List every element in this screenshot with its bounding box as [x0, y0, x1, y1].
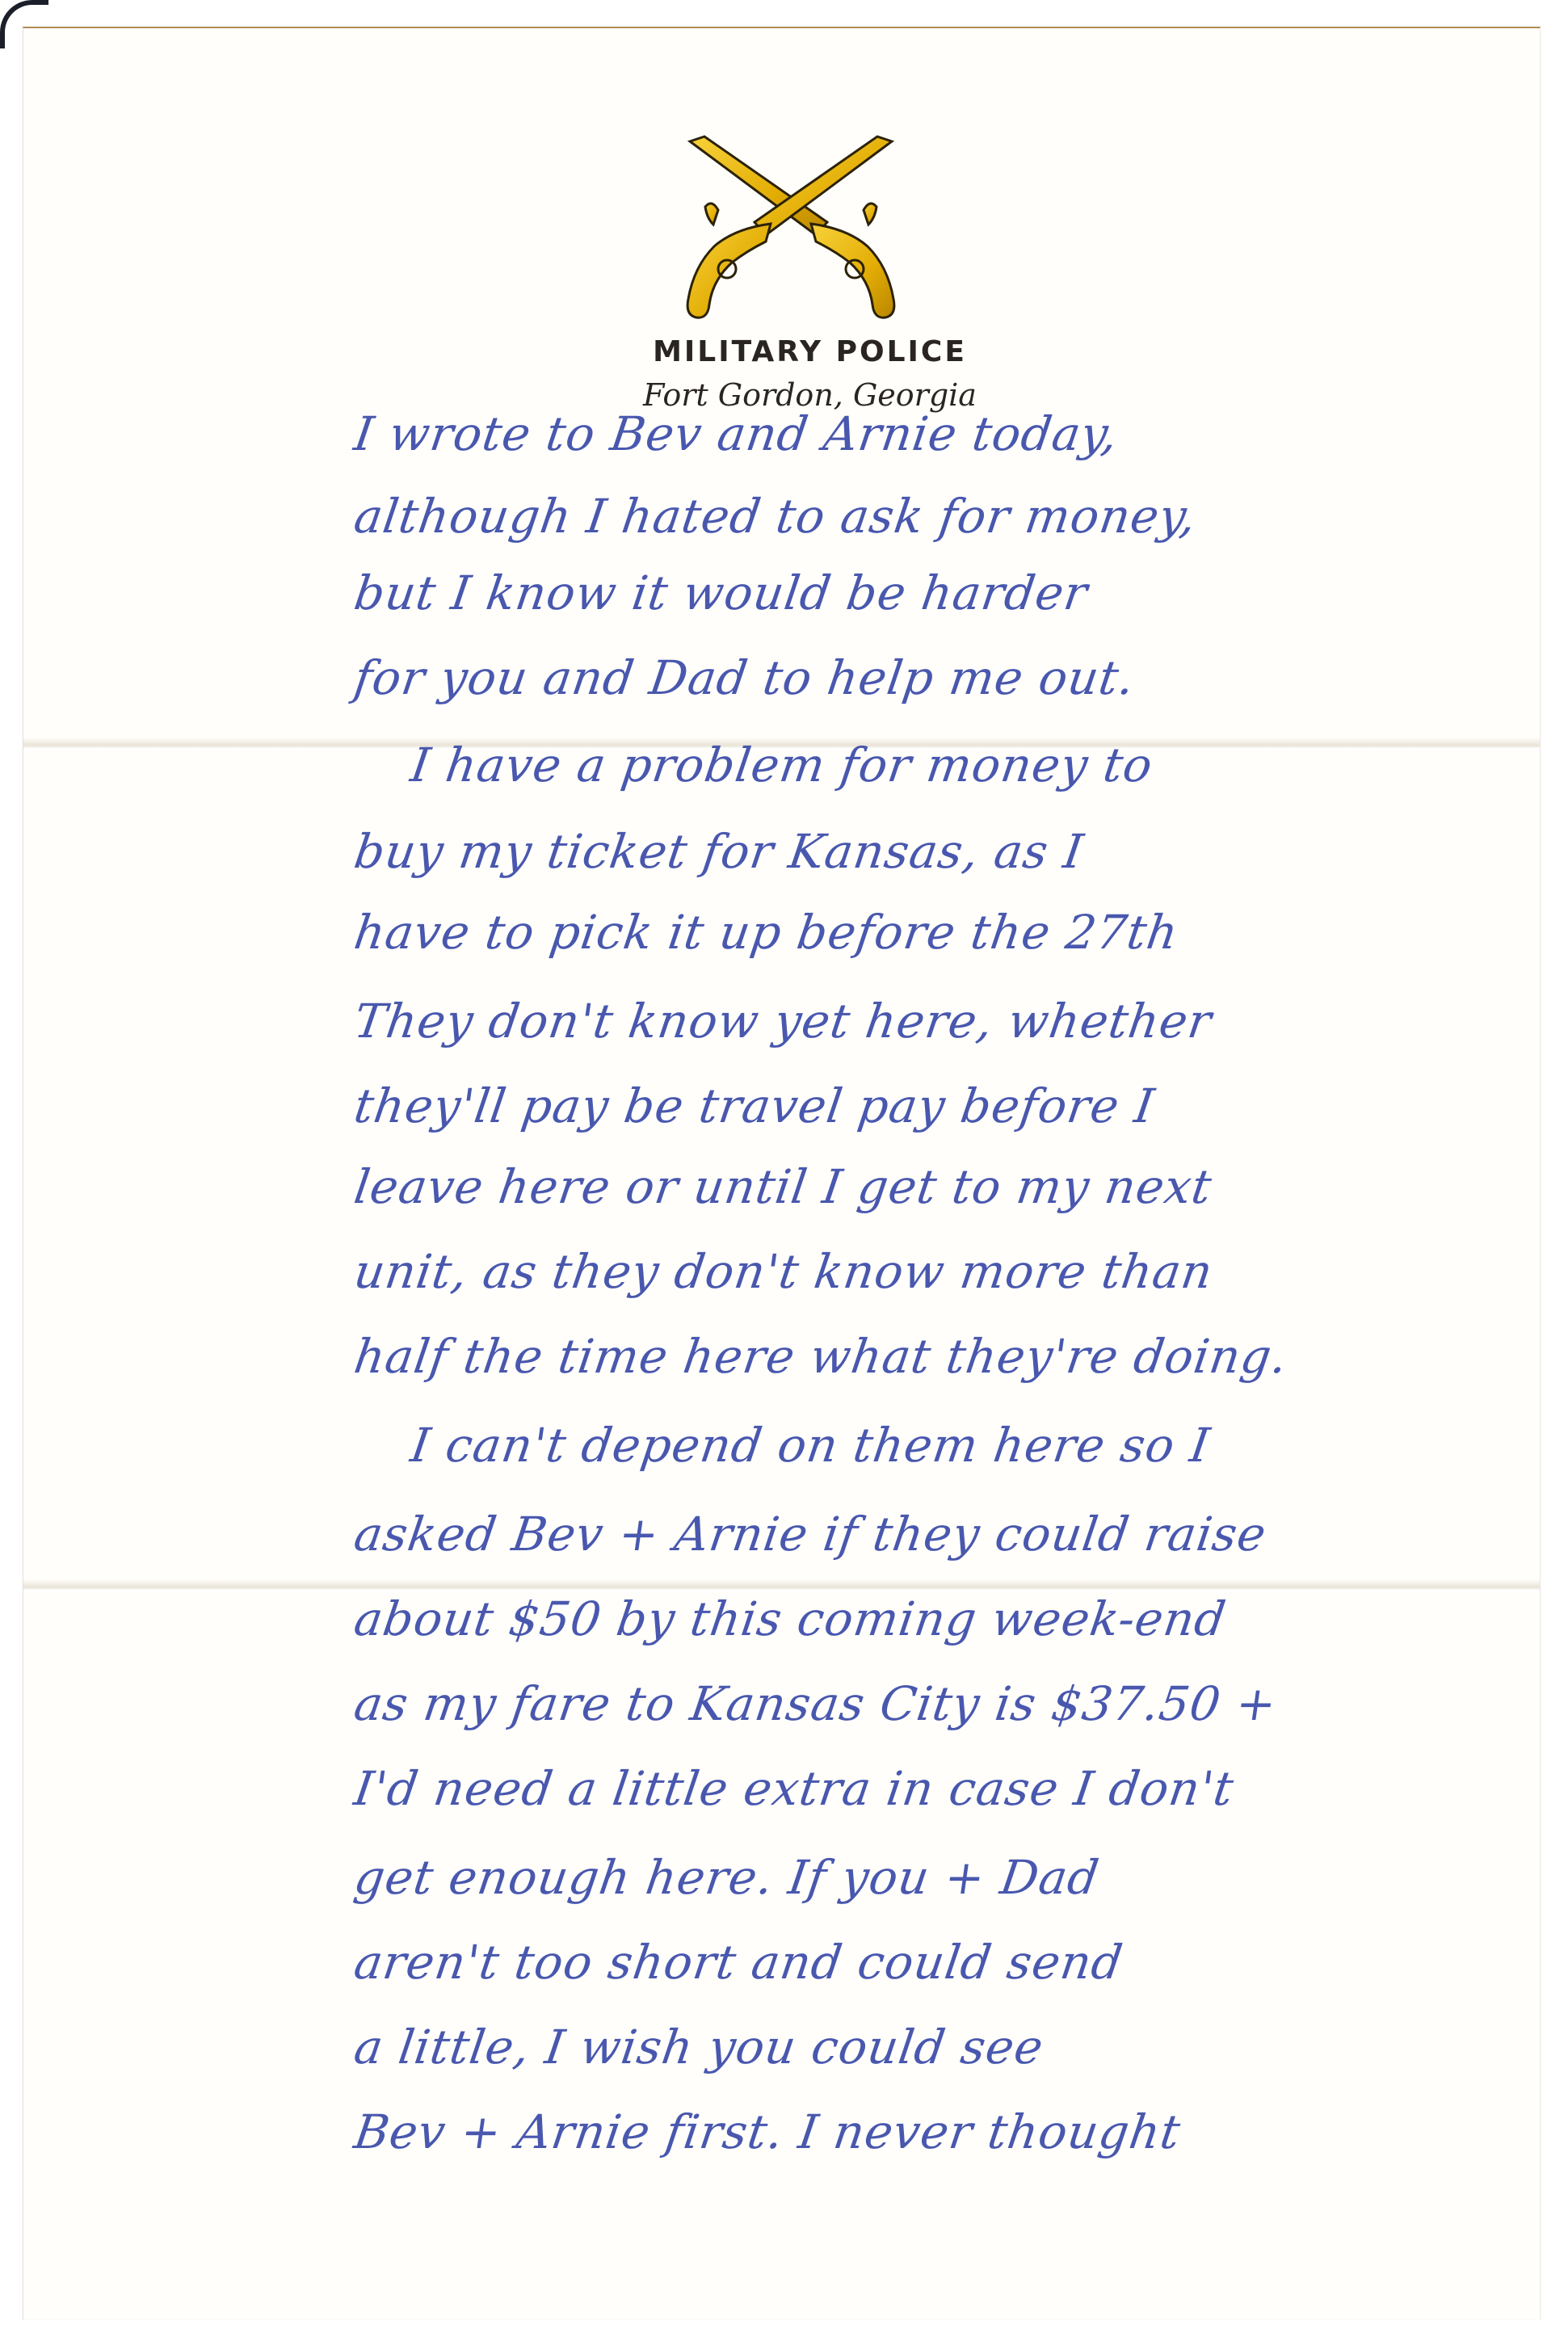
handwritten-line: They don't know yet here, whether [351, 994, 1215, 1049]
crossed-flintlock-pistols-icon [658, 133, 924, 327]
letterhead-title: MILITARY POLICE [23, 335, 1540, 368]
handwritten-line: buy my ticket for Kansas, as I [351, 824, 1087, 879]
handwritten-line: although I hated to ask for money, [351, 489, 1200, 544]
handwritten-line: unit, as they don't know more than [351, 1244, 1217, 1299]
handwritten-line: for you and Dad to help me out. [351, 650, 1138, 705]
handwritten-line: have to pick it up before the 27th [351, 905, 1182, 960]
handwritten-line: Bev + Arnie first. I never thought [351, 2104, 1184, 2159]
handwritten-line: get enough here. If you + Dad [351, 1850, 1103, 1905]
handwritten-line: I wrote to Bev and Arnie today, [351, 406, 1121, 461]
handwritten-line: half the time here what they're doing. [351, 1329, 1291, 1384]
handwritten-line: aren't too short and could send [351, 1935, 1126, 1990]
handwritten-line: they'll pay be travel pay before I [351, 1078, 1158, 1133]
handwritten-line: leave here or until I get to my next [351, 1159, 1215, 1214]
handwritten-line: asked Bev + Arnie if they could raise [351, 1507, 1270, 1562]
handwritten-line: about $50 by this coming week-end [351, 1591, 1230, 1646]
handwritten-line: a little, I wish you could see [351, 2020, 1047, 2075]
handwritten-line: as my fare to Kansas City is $37.50 + [351, 1676, 1280, 1731]
handwritten-line: I'd need a little extra in case I don't [351, 1761, 1238, 1816]
handwritten-line: I can't depend on them here so I [407, 1418, 1213, 1473]
handwritten-line: I have a problem for money to [407, 738, 1156, 792]
letter-page: MILITARY POLICE Fort Gordon, Georgia I w… [23, 27, 1541, 2319]
handwritten-line: but I know it would be harder [351, 565, 1091, 620]
